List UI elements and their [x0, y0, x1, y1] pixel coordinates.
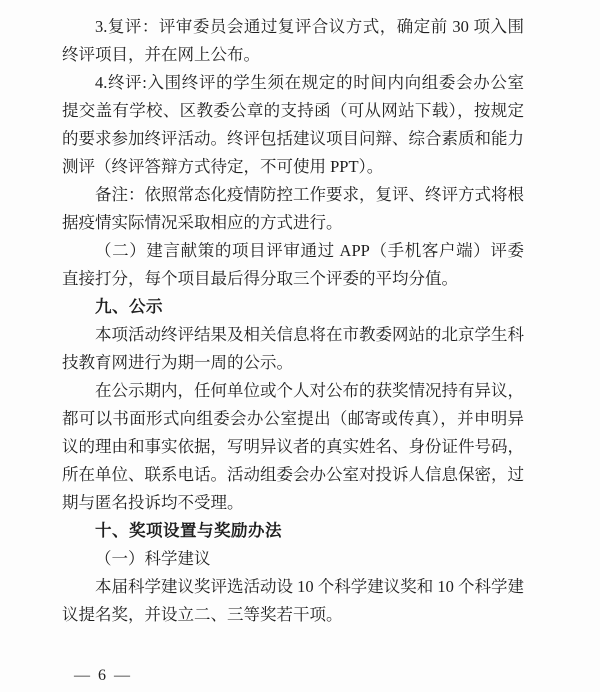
paragraph-step4-final-review: 4.终评:入围终评的学生须在规定的时间内向组委会办公室提交盖有学校、区教委公章的… — [62, 69, 524, 181]
document-page: 3.复评：评审委员会通过复评合议方式，确定前 30 项入围终评项目，并在网上公布… — [0, 0, 600, 692]
page-footer: — 6 — — [74, 664, 132, 688]
document-body: 3.复评：评审委员会通过复评合议方式，确定前 30 项入围终评项目，并在网上公布… — [62, 13, 524, 629]
page-number: — 6 — — [74, 667, 132, 684]
paragraph-objection-procedure: 在公示期内，任何单位或个人对公布的获奖情况持有异议，都可以书面形式向组委会办公室… — [62, 377, 524, 517]
section-heading-awards: 十、奖项设置与奖励办法 — [62, 517, 524, 545]
paragraph-step3-review: 3.复评：评审委员会通过复评合议方式，确定前 30 项入围终评项目，并在网上公布… — [62, 13, 524, 69]
paragraph-app-scoring: （二）建言献策的项目评审通过 APP（手机客户端）评委直接打分，每个项目最后得分… — [62, 237, 524, 293]
paragraph-publicity-period: 本项活动终评结果及相关信息将在市教委网站的北京学生科技教育网进行为期一周的公示。 — [62, 321, 524, 377]
paragraph-award-quota: 本届科学建议奖评选活动设 10 个科学建议奖和 10 个科学建议提名奖，并设立二… — [62, 573, 524, 629]
paragraph-note-epidemic: 备注：依照常态化疫情防控工作要求，复评、终评方式将根据疫情实际情况采取相应的方式… — [62, 181, 524, 237]
subsection-heading-science-suggestion: （一）科学建议 — [62, 545, 524, 573]
section-heading-publicity: 九、公示 — [62, 293, 524, 321]
